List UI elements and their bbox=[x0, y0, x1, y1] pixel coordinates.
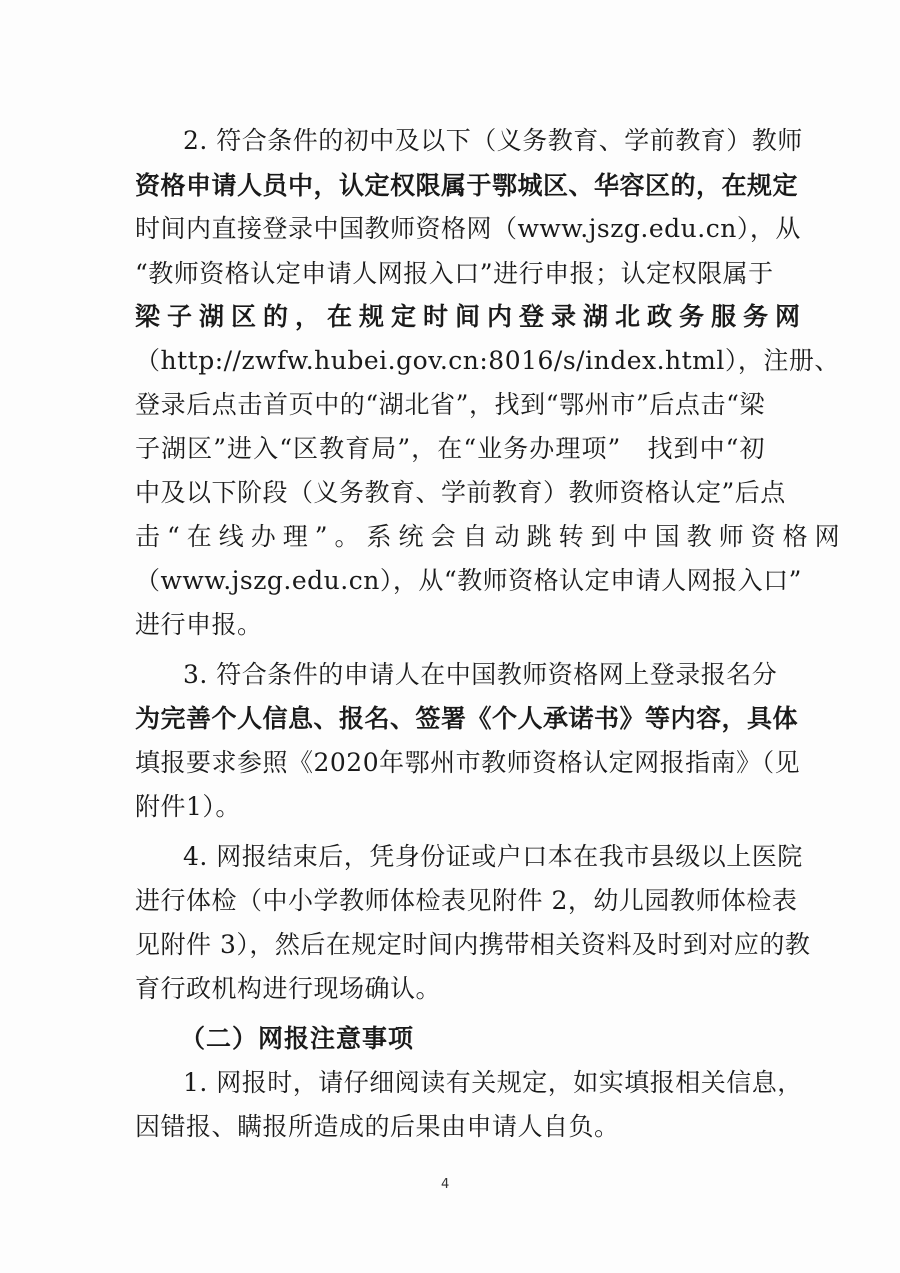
text-line: 时间内直接登录中国教师资格网（www.jszg.edu.cn），从 bbox=[135, 214, 765, 246]
text-line: 中及以下阶段（义务教育、学前教育）教师资格认定”后点 bbox=[135, 478, 765, 510]
text-line: 资格申请人员中，认定权限属于鄂城区、华容区的，在规定 bbox=[135, 171, 765, 203]
text-line: “教师资格认定申请人网报入口”进行申报；认定权限属于 bbox=[135, 259, 765, 291]
text-line: 为完善个人信息、报名、签署《个人承诺书》等内容，具体 bbox=[135, 704, 765, 736]
text-line: 附件1）。 bbox=[135, 792, 765, 824]
section-heading: （二）网报注意事项 bbox=[180, 1024, 414, 1054]
text-line: 2. 符合条件的初中及以下（义务教育、学前教育）教师 bbox=[183, 126, 765, 158]
text-line: 4. 网报结束后，凭身份证或户口本在我市县级以上医院 bbox=[183, 842, 765, 874]
text-line: 登录后点击首页中的“湖北省”，找到“鄂州市”后点击“梁 bbox=[135, 390, 765, 422]
text-line: 见附件 3），然后在规定时间内携带相关资料及时到对应的教 bbox=[135, 930, 765, 962]
text-line: 1. 网报时，请仔细阅读有关规定，如实填报相关信息， bbox=[183, 1068, 765, 1100]
text-line: 因错报、瞒报所造成的后果由申请人自负。 bbox=[135, 1112, 765, 1144]
text-line: 进行申报。 bbox=[135, 610, 765, 642]
text-line: 击“在线办理”。系统会自动跳转到中国教师资格网 bbox=[135, 522, 765, 554]
text-line: （www.jszg.edu.cn），从“教师资格认定申请人网报入口” bbox=[135, 566, 765, 598]
document-page: 2. 符合条件的初中及以下（义务教育、学前教育）教师 资格申请人员中，认定权限属… bbox=[0, 0, 900, 1273]
page-number: 4 bbox=[441, 1177, 449, 1192]
text-line: （http://zwfw.hubei.gov.cn:8016/s/index.h… bbox=[135, 346, 765, 378]
text-line: 3. 符合条件的申请人在中国教师资格网上登录报名分 bbox=[183, 660, 765, 692]
text-line: 育行政机构进行现场确认。 bbox=[135, 974, 765, 1006]
text-line: 进行体检（中小学教师体检表见附件 2，幼儿园教师体检表 bbox=[135, 886, 765, 918]
text-line: 梁子湖区的，在规定时间内登录湖北政务服务网 bbox=[135, 302, 765, 334]
text-line: 子湖区”进入“区教育局”，在“业务办理项” 找到中“初 bbox=[135, 434, 765, 466]
text-line: 填报要求参照《2020年鄂州市教师资格认定网报指南》（见 bbox=[135, 748, 765, 780]
